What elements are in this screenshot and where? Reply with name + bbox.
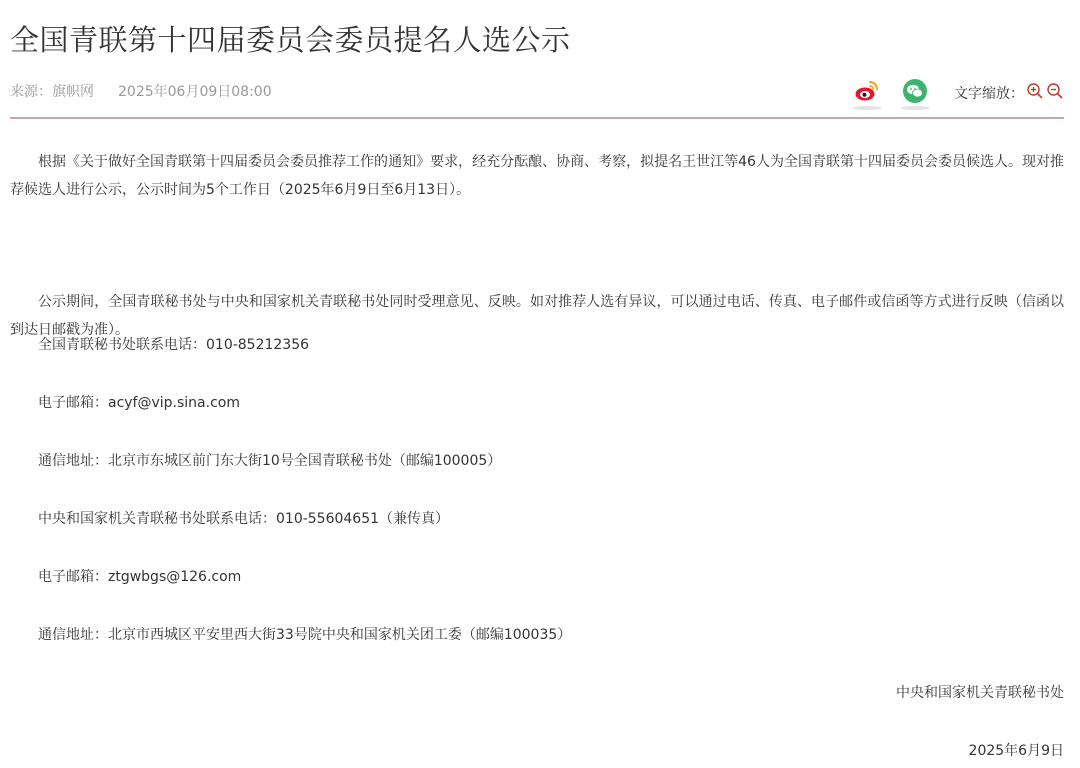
signature-date: 2025年6月9日 [941, 737, 1064, 765]
share-wechat-button[interactable] [900, 76, 930, 112]
text-zoom-label: 文字缩放： [954, 84, 1024, 104]
zoom-in-button[interactable] [1026, 82, 1044, 100]
zoom-out-button[interactable] [1046, 82, 1064, 100]
contact-phone-acyf: 全国青联秘书处联系电话：010-85212356 [10, 331, 309, 359]
body-paragraph: 根据《关于做好全国青联第十四届委员会委员推荐工作的通知》要求，经充分酝酿、协商、… [10, 148, 1064, 204]
source-label: 来源：旗帜网 [10, 84, 94, 100]
publish-time: 2025年06月09日08:00 [118, 84, 272, 100]
article-meta: 来源：旗帜网2025年06月09日08:00 [10, 82, 272, 102]
contact-address-central: 通信地址：北京市西城区平安里西大街33号院中央和国家机关团工委（邮编100035… [10, 621, 571, 649]
wechat-shadow [900, 106, 930, 110]
zoom-out-icon [1046, 85, 1064, 104]
weibo-shadow [852, 106, 882, 110]
signature: 中央和国家机关青联秘书处 [868, 679, 1064, 707]
contact-address-acyf: 通信地址：北京市东城区前门东大街10号全国青联秘书处（邮编100005） [10, 447, 501, 475]
contact-email-acyf: 电子邮箱：acyf@vip.sina.com [10, 389, 240, 417]
article-toolbar: 文字缩放： [852, 76, 1064, 116]
page-title: 全国青联第十四届委员会委员提名人选公示 [10, 22, 571, 58]
contact-phone-central: 中央和国家机关青联秘书处联系电话：010-55604651（兼传真） [10, 505, 449, 533]
header-divider [10, 117, 1064, 119]
contact-email-central: 电子邮箱：ztgwbgs@126.com [10, 563, 241, 591]
zoom-in-icon [1026, 85, 1044, 104]
share-weibo-button[interactable] [852, 76, 882, 112]
